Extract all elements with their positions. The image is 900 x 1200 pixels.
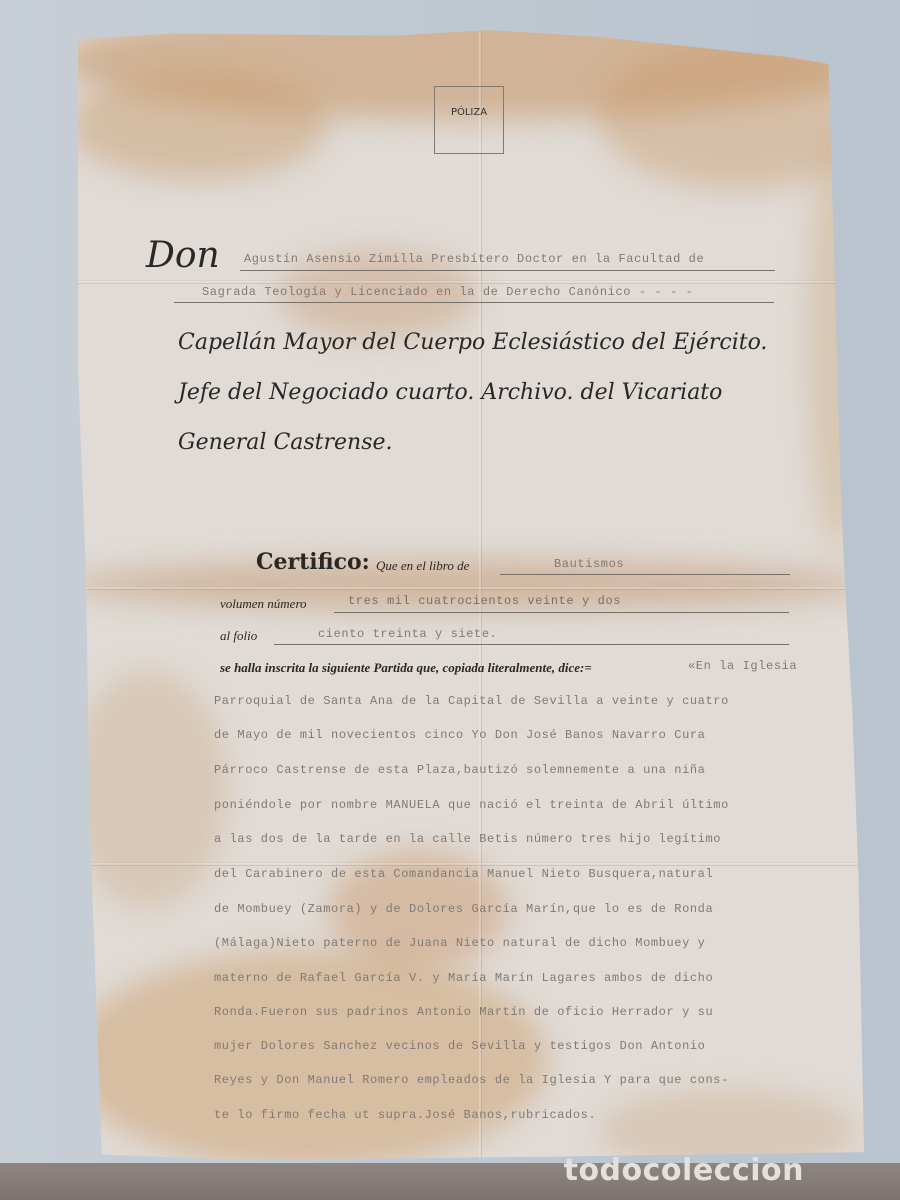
partida-start: «En la Iglesia <box>688 659 797 673</box>
horizontal-fold-top <box>78 280 868 284</box>
name-line-2: Sagrada Teología y Licenciado en la de D… <box>202 285 693 299</box>
partida-line: (Málaga)Nieto paterno de Juana Nieto nat… <box>214 936 705 950</box>
partida-line: de Mayo de mil novecientos cinco Yo Don … <box>214 728 705 742</box>
watermark: todocoleccion <box>564 1153 804 1188</box>
libro-label: Que en el libro de <box>376 558 469 574</box>
volumen-rule <box>334 612 789 613</box>
volumen-value: tres mil cuatrocientos veinte y dos <box>348 594 621 608</box>
name-line-1: Agustín Asensio Zimilla Presbítero Docto… <box>244 252 704 266</box>
folio-rule <box>274 644 789 645</box>
table-edge: todocoleccion <box>0 1163 900 1200</box>
stamp-box-label: PÓLIZA <box>435 107 503 118</box>
partida-line: materno de Rafael García V. y María Marí… <box>214 971 713 985</box>
partida-line: Ronda.Fueron sus padrinos Antonio Martín… <box>214 1005 713 1019</box>
stamp-box: PÓLIZA <box>434 86 504 154</box>
partida-line: Parroquial de Santa Ana de la Capital de… <box>214 694 729 708</box>
certifico-label: Certifico: <box>256 549 370 575</box>
partida-label: se halla inscrita la siguiente Partida q… <box>220 660 592 676</box>
horizontal-fold-lower <box>78 862 868 866</box>
title-line-3: General Castrense. <box>178 430 393 455</box>
partida-line: Párroco Castrense de esta Plaza,bautizó … <box>214 763 705 777</box>
name-line-2-rule <box>174 302 774 303</box>
partida-line: te lo firmo fecha ut supra.José Banos,ru… <box>214 1108 596 1122</box>
libro-value: Bautismos <box>554 557 624 571</box>
title-line-2: Jefe del Negociado cuarto. Archivo. del … <box>178 380 722 405</box>
partida-line: a las dos de la tarde en la calle Betis … <box>214 832 721 846</box>
stain-top-left <box>68 70 328 180</box>
folio-value: ciento treinta y siete. <box>318 627 497 641</box>
volumen-label: volumen número <box>220 596 307 612</box>
folio-label: al folio <box>220 628 257 644</box>
horizontal-fold-middle <box>78 586 868 590</box>
partida-line: Reyes y Don Manuel Romero empleados de l… <box>214 1073 729 1087</box>
name-line-1-rule <box>240 270 775 271</box>
don-label: Don <box>146 235 220 276</box>
partida-line: del Carabinero de esta Comandancia Manue… <box>214 867 713 881</box>
stain-left-mid <box>68 670 228 910</box>
title-line-1: Capellán Mayor del Cuerpo Eclesiástico d… <box>178 330 767 355</box>
partida-line: de Mombuey (Zamora) y de Dolores García … <box>214 902 713 916</box>
certificate-document: PÓLIZA Don Agustín Asensio Zimilla Presb… <box>78 30 868 1160</box>
partida-line: poniéndole por nombre MANUELA que nació … <box>214 798 729 812</box>
partida-line: mujer Dolores Sanchez vecinos de Sevilla… <box>214 1039 705 1053</box>
libro-rule <box>500 574 790 575</box>
